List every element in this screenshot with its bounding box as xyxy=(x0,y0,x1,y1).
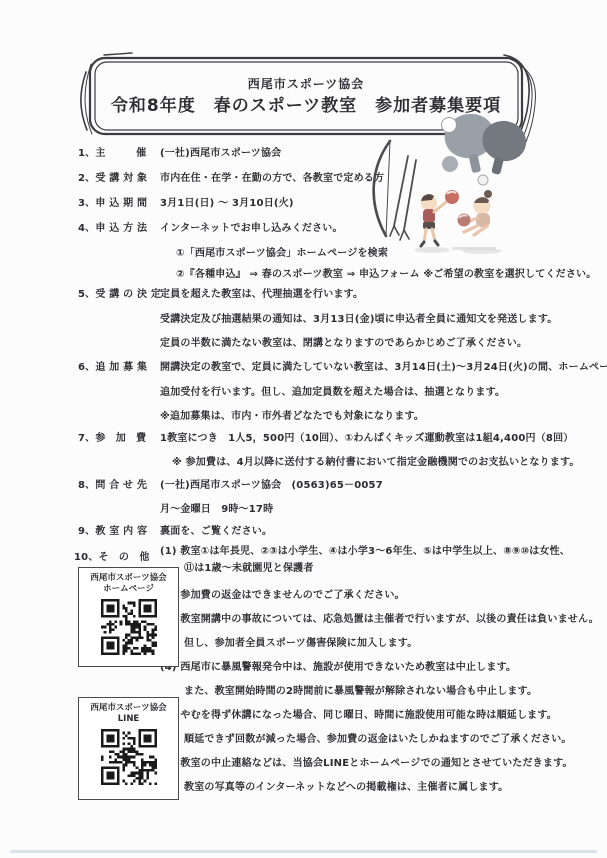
qr-box-homepage: 西尾市スポーツ協会 ホームページ xyxy=(78,567,179,667)
item-line: ①「西尾市スポーツ協会」ホームページを検索 xyxy=(176,247,388,261)
item-line: (一社)西尾市スポーツ協会 (0563)65－0057 xyxy=(160,479,383,493)
item-line: (6) 教室の中止連絡などは、当協会LINEとホームページでの通知とさせていただ… xyxy=(160,757,573,771)
item-label: 3、申 込 期 間 xyxy=(78,197,147,211)
item-line: 市内在住・在学・在勤の方で、各教室で定める方 xyxy=(160,172,384,186)
qr-code-homepage xyxy=(101,599,157,655)
scanned-flyer-page: 西尾市スポーツ協会 令和8年度 春のスポーツ教室 参加者募集要項 xyxy=(0,0,607,858)
item-line: ※ 参加費は、4月以降に送付する納付書において指定金融機関でのお支払いとなります… xyxy=(172,456,580,470)
item-label: 7、参 加 費 xyxy=(78,432,146,446)
item-line: 開講決定の教室で、定員に満たしていない教室は、3月14日(土)～3月24日(火)… xyxy=(160,361,607,375)
kids-playing-illustration xyxy=(402,180,514,256)
item-line: 定員を超えた教室は、代理抽選を行います。 xyxy=(160,288,363,302)
qr-label-line: 西尾市スポーツ協会 LINE xyxy=(90,703,166,725)
item-line: 教室の写真等のインターネットなどへの掲載権は、主催者に属します。 xyxy=(184,781,508,795)
qr-label-homepage: 西尾市スポーツ協会 ホームページ xyxy=(90,573,166,595)
item-line: (1) 教室①は年長児、②③は小学生、④は小学3～6年生、⑤は中学生以上、⑧⑨⑩… xyxy=(160,545,570,559)
item-label: 10、そ の 他 xyxy=(74,551,150,565)
item-line: 月～金曜日 9時～17時 xyxy=(160,503,273,517)
item-line: 裏面を、ご覧ください。 xyxy=(160,525,272,539)
item-line: 3月1日(日) ～ 3月10日(火) xyxy=(160,197,294,211)
item-line: ②『各種申込』 ⇒ 春のスポーツ教室 ⇒ 申込フォーム ※ご希望の教室を選択して… xyxy=(176,268,596,282)
item-label: 1、主 催 xyxy=(78,147,146,161)
item-label: 4、申 込 方 法 xyxy=(78,222,147,236)
item-line: (2) 参加費の返金はできませんのでご了承ください。 xyxy=(160,589,405,603)
qr-box-line: 西尾市スポーツ協会 LINE xyxy=(78,697,179,800)
item-label: 6、追 加 募 集 xyxy=(78,361,147,375)
item-line: (5) やむを得ず休講になった場合、同じ曜日、時間に施設使用可能な時は順延します… xyxy=(160,709,557,723)
association-name: 西尾市スポーツ協会 xyxy=(248,77,365,92)
item-label: 8、問 合 せ 先 xyxy=(78,479,147,493)
item-line: ⑪は1歳～未就園児と保護者 xyxy=(184,562,314,576)
item-line: また、教室開始時間の2時間前に暴風警報が解除されない場合も中止します。 xyxy=(184,685,537,699)
item-line: 但し、参加者全員スポーツ傷害保険に加入します。 xyxy=(184,637,417,651)
item-line: 1教室につき 1人5，500円（10回）、①わんぱくキッズ運動教室は1組4,40… xyxy=(160,432,573,446)
item-label: 9、教 室 内 容 xyxy=(78,525,147,539)
item-line: (一社)西尾市スポーツ協会 xyxy=(160,147,281,161)
item-line: 追加受付を行います。但し、追加定員数を超えた場合は、抽選となります。 xyxy=(160,386,505,400)
item-line: インターネットでお申し込みください。 xyxy=(160,222,343,236)
item-line: (3) 教室開講中の事故については、応急処置は主催者で行いますが、以後の責任は負… xyxy=(160,613,599,627)
item-line: 順延できず回数が減った場合、参加費の返金はいたしかねますのでご了承ください。 xyxy=(184,733,572,747)
illustration-credit-mark xyxy=(452,247,496,250)
qr-code-line xyxy=(101,729,157,785)
item-line: 定員の半数に満たない教室は、閉講となりますのであらかじめご了承ください。 xyxy=(160,337,527,351)
item-label: 5、受 講 の 決 定 xyxy=(78,288,161,302)
item-label: 2、受 講 対 象 xyxy=(78,172,147,186)
scan-edge-artifact xyxy=(10,850,597,853)
item-line: (4) 西尾市に暴風警報発令中は、施設が使用できないため教室は中止します。 xyxy=(160,661,516,675)
item-line: ※追加募集は、市内・市外者どなたでも対象になります。 xyxy=(160,410,424,424)
table-tennis-illustration xyxy=(436,108,540,188)
item-line: 受講決定及び抽選結果の通知は、3月13日(金)頃に申込者全員に通知文を発送します… xyxy=(160,313,557,327)
